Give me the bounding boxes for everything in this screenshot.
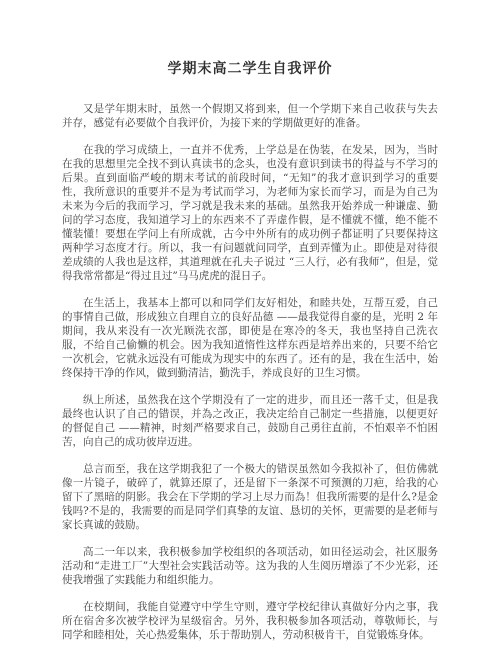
body-paragraph: 在我的学习成绩上，一直并不优秀，上学总是在伪装，在发呆，因为，当时在我的思想里完…: [62, 143, 438, 283]
body-paragraph: 又是学年期末时，虽然一个假期又将到来，但一个学期下来自己收获与失去并存，感觉有必…: [62, 102, 438, 130]
body-paragraph: 高二一年以来，我积极参加学校组织的各项活动，如田径运动会，社区服务活动和“走进工…: [62, 545, 438, 587]
document-body: 又是学年期末时，虽然一个假期又将到来，但一个学期下来自己收获与失去并存，感觉有必…: [62, 102, 438, 642]
body-paragraph: 纵上所述，虽然我在这个学期没有了一定的进步，而且还一落千丈，但是我最终也认识了自…: [62, 393, 438, 449]
body-paragraph: 在校期间，我能自觉遵守中学生守则，遵守学校纪律认真做好分内之事，我所在宿舍多次被…: [62, 600, 438, 642]
body-paragraph: 总言而至，我在这学期我犯了一个极大的错误虽然如今我拟补了，但仿佛就像一片镜子，破…: [62, 462, 438, 532]
document-page: 学期末高二学生自我评价 又是学年期末时，虽然一个假期又将到来，但一个学期下来自己…: [0, 0, 500, 647]
document-title: 学期末高二学生自我评价: [62, 58, 438, 78]
body-paragraph: 在生活上，我基本上都可以和同学们友好相处，和睦共处，互帮互爱，自己的事情自己做，…: [62, 296, 438, 380]
